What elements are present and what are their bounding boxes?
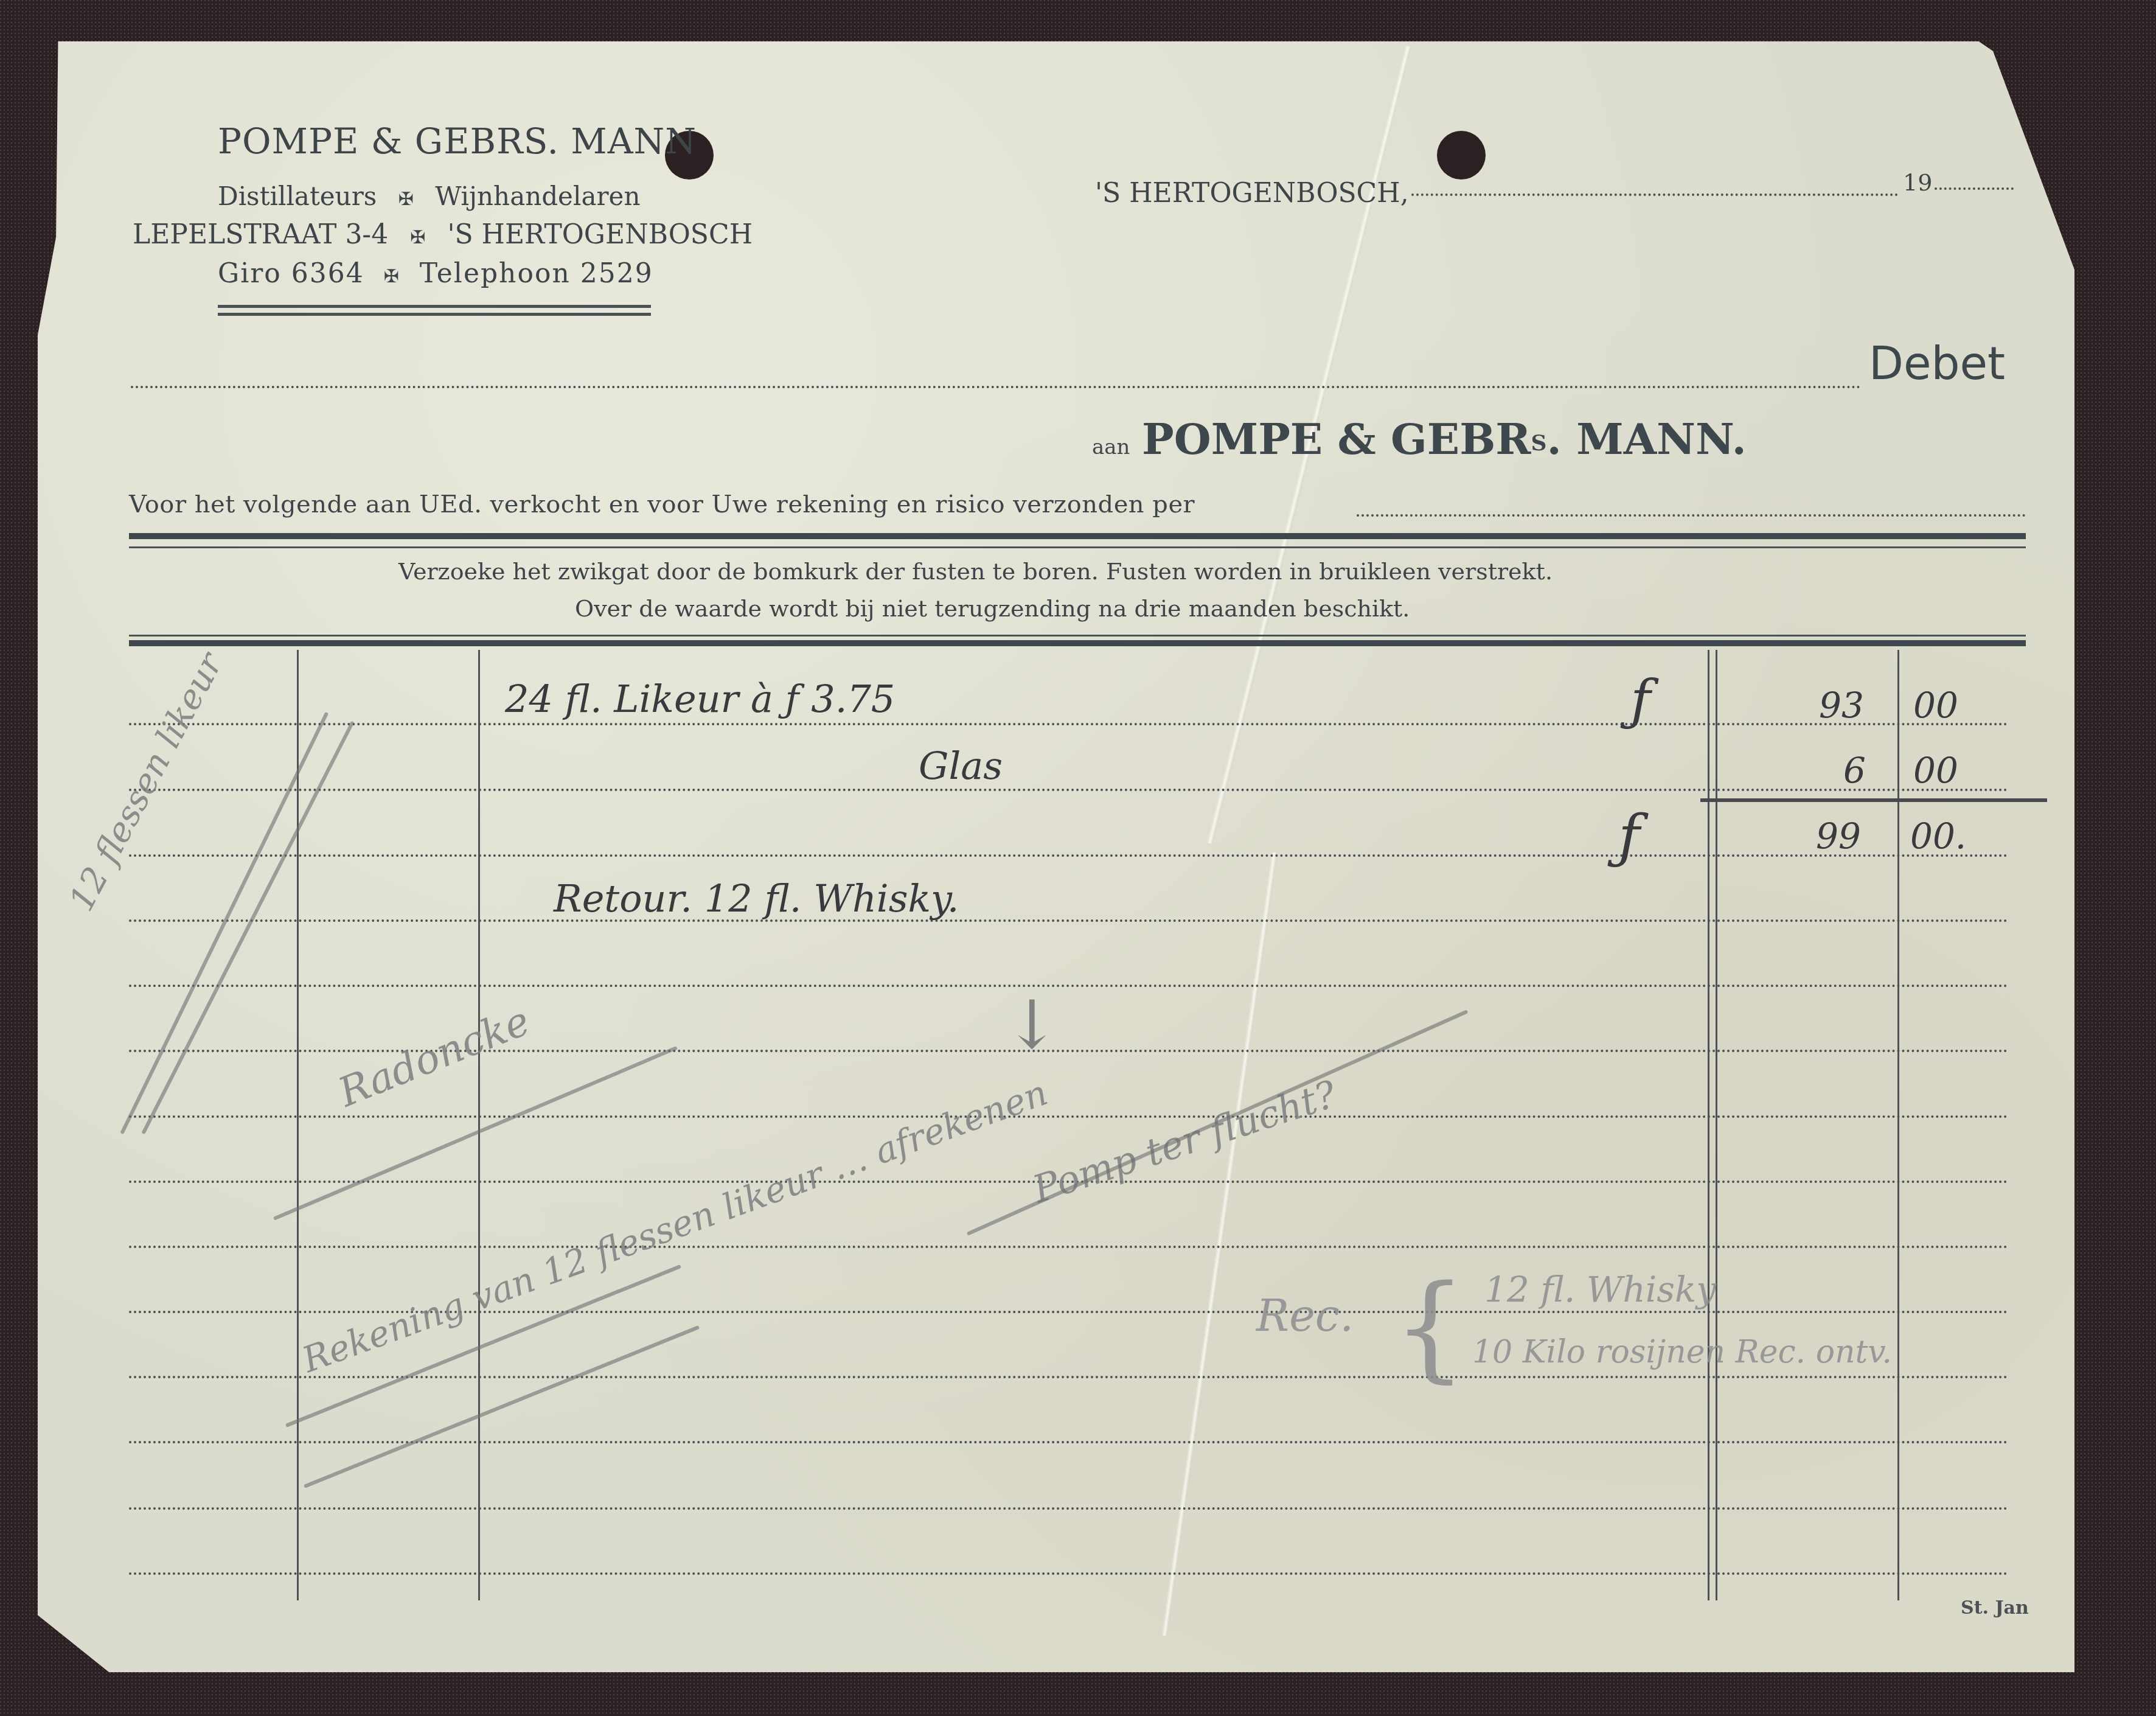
creditor-name-superscript: S xyxy=(1531,430,1547,456)
row-line xyxy=(129,1572,2009,1575)
item-1-currency: ƒ xyxy=(1630,668,1650,732)
row-line xyxy=(129,789,2009,791)
row-line xyxy=(129,1507,2009,1510)
creditor-name: POMPE & GEBR xyxy=(1142,414,1531,464)
letterhead-address: LEPELSTRAAT 3-4 xyxy=(133,219,388,250)
item-1-description: 24 fl. Likeur à ƒ 3.75 xyxy=(505,677,895,721)
row-line xyxy=(129,854,2009,857)
letterhead-phone: Telephoon 2529 xyxy=(420,258,653,289)
letterhead-rule-1 xyxy=(218,305,651,308)
item-1-cents: 00 xyxy=(1913,685,1958,726)
printer-mark: St. Jan xyxy=(1961,1597,2029,1619)
item-1-guilders: 93 xyxy=(1819,685,1864,726)
total-currency: ƒ xyxy=(1618,802,1640,870)
header-rule-thin xyxy=(129,546,2026,548)
retour-entry: Retour. 12 fl. Whisky. xyxy=(554,876,959,921)
creditor-line: aan POMPE & GEBRS. MANN. xyxy=(1092,414,1747,464)
total-guilders: 99 xyxy=(1816,815,1861,857)
shipping-dotted-line xyxy=(1357,514,2026,517)
shipping-statement: Voor het volgende aan UEd. verkocht en v… xyxy=(129,490,1195,518)
cross-separator-icon: ✠ xyxy=(410,227,425,248)
aan-label: aan xyxy=(1092,435,1130,459)
creditor-name-end: . MANN. xyxy=(1547,414,1747,464)
date-city: 'S HERTOGENBOSCH, xyxy=(1095,178,1409,209)
letterhead-city: 'S HERTOGENBOSCH xyxy=(447,219,753,250)
item-2-guilders: 6 xyxy=(1843,750,1866,791)
punch-hole-right xyxy=(1437,131,1486,180)
letterhead-line-1: Distillateurs ✠ Wijnhandelaren xyxy=(218,181,640,211)
brace-icon: { xyxy=(1393,1260,1467,1394)
note-retour-label: Rec. xyxy=(1256,1290,1354,1341)
letterhead-trade-distillers: Distillateurs xyxy=(218,181,377,211)
letterhead-giro: Giro 6364 xyxy=(218,258,364,289)
note-retour-line-1: 12 fl. Whisky xyxy=(1484,1269,1716,1310)
date-year-prefix: 19 xyxy=(1903,169,1932,196)
column-divider-4 xyxy=(1897,650,1899,1600)
row-line xyxy=(129,985,2009,987)
note-retour-line-2: 10 Kilo rosijnen Rec. ontv. xyxy=(1472,1334,1892,1370)
arrow-down-icon: ↓ xyxy=(1004,986,1060,1064)
date-year-dotted xyxy=(1935,187,2014,190)
date-dotted-line xyxy=(1411,194,1898,196)
debet-label: Debet xyxy=(1869,338,2005,390)
debtor-dotted-line xyxy=(131,386,1862,388)
letterhead-rule-2 xyxy=(218,313,651,316)
row-line xyxy=(129,1115,2009,1118)
letterhead-company: POMPE & GEBRS. MANN xyxy=(218,120,697,162)
header-rule-thick xyxy=(129,533,2026,539)
letterhead-trade-wine: Wijnhandelaren xyxy=(435,181,640,211)
column-divider-2 xyxy=(478,650,480,1600)
column-divider-3a xyxy=(1708,650,1709,1600)
item-2-cents: 00 xyxy=(1913,750,1958,791)
table-rule-thin xyxy=(129,635,2026,637)
cross-separator-icon: ✠ xyxy=(398,189,414,210)
column-divider-1 xyxy=(297,650,299,1600)
cross-separator-icon: ✠ xyxy=(384,266,400,287)
letterhead-line-3: Giro 6364 ✠ Telephoon 2529 xyxy=(218,258,653,289)
row-line xyxy=(129,723,2009,725)
sum-rule xyxy=(1700,798,2047,802)
notice-line-1: Verzoeke het zwikgat door de bomkurk der… xyxy=(398,558,1553,585)
item-2-description: Glas xyxy=(919,744,1003,788)
total-cents: 00. xyxy=(1910,815,1966,857)
column-divider-3b xyxy=(1716,650,1717,1600)
row-line xyxy=(129,1246,2009,1248)
letterhead-line-2: LEPELSTRAAT 3-4 ✠ 'S HERTOGENBOSCH xyxy=(133,219,753,250)
row-line xyxy=(129,919,2009,922)
notice-line-2: Over de waarde wordt bij niet terugzendi… xyxy=(575,595,1410,622)
table-rule-thick xyxy=(129,640,2026,646)
